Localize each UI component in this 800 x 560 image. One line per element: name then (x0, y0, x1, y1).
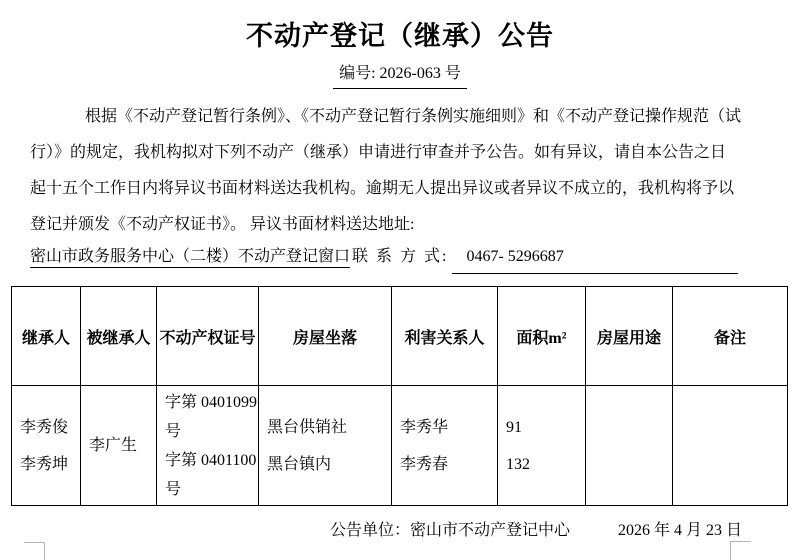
cell-areas: 91 132 (498, 386, 586, 506)
serial-number-line: 编号: 2026-063 号 (0, 62, 800, 89)
page-title: 不动产登记（继承）公告 (0, 18, 800, 54)
cell-house-location: 黑台供销社 黑台镇内 (259, 386, 392, 506)
address-contact-line: 密山市政务服务中心（二楼）不动产登记窗口联 系 方 式:0467- 529668… (30, 243, 800, 274)
page-margin-corner-mark-right (730, 541, 751, 560)
document-page: 不动产登记（继承）公告 编号: 2026-063 号 根据《不动产登记暂行条例》… (0, 0, 800, 560)
header-decedent: 被继承人 (81, 287, 157, 386)
body-line-4: 登记并颁发《不动产权证书》。 异议书面材料送达地址: (30, 207, 770, 243)
page-margin-corner-mark-left (24, 542, 45, 560)
footer-issuer: 公告单位：密山市不动产登记中心 (330, 520, 570, 542)
cell-certificate-numbers: 字第 0401099 号 字第 0401100 号 (157, 386, 259, 506)
footer-date: 2026 年 4 月 23 日 (618, 520, 742, 542)
body-line-3: 起十五个工作日内将异议书面材料送达我机构。逾期无人提出异议或者异议不成立的，我机… (30, 171, 770, 207)
body-paragraph: 根据《不动产登记暂行条例》、《不动产登记暂行条例实施细则》和《不动产登记操作规范… (30, 99, 770, 243)
cell-remarks (673, 386, 788, 506)
contact-label: 联 系 方 式: (350, 248, 452, 265)
table-row: 李秀俊 李秀坤 李广生 字第 0401099 号 字第 0401100 号 黑台… (12, 386, 788, 506)
body-line-2: 行）》的规定，我机构拟对下列不动产（继承）申请进行审查并予公告。如有异议，请自本… (30, 135, 770, 171)
announcement-table: 继承人 被继承人 不动产权证号 房屋坐落 利害关系人 面积m² 房屋用途 备注 … (11, 286, 788, 506)
header-certificate-number: 不动产权证号 (157, 287, 259, 386)
header-stakeholder: 利害关系人 (392, 287, 498, 386)
delivery-address: 密山市政务服务中心（二楼）不动产登记窗口 (30, 248, 350, 268)
header-house-location: 房屋坐落 (259, 287, 392, 386)
header-house-usage: 房屋用途 (586, 287, 673, 386)
cell-decedent: 李广生 (81, 386, 157, 506)
contact-phone: 0467- 5296687 (452, 243, 738, 274)
header-remarks: 备注 (673, 287, 788, 386)
header-heir: 继承人 (12, 287, 81, 386)
serial-number: 编号: 2026-063 号 (333, 62, 467, 89)
body-line-1: 根据《不动产登记暂行条例》、《不动产登记暂行条例实施细则》和《不动产登记操作规范… (30, 99, 770, 135)
header-area: 面积m² (498, 287, 586, 386)
cell-house-usage (586, 386, 673, 506)
cell-heirs: 李秀俊 李秀坤 (12, 386, 81, 506)
table-header-row: 继承人 被继承人 不动产权证号 房屋坐落 利害关系人 面积m² 房屋用途 备注 (12, 287, 788, 386)
cell-stakeholders: 李秀华 李秀春 (392, 386, 498, 506)
footer: 公告单位：密山市不动产登记中心 2026 年 4 月 23 日 (330, 520, 800, 542)
